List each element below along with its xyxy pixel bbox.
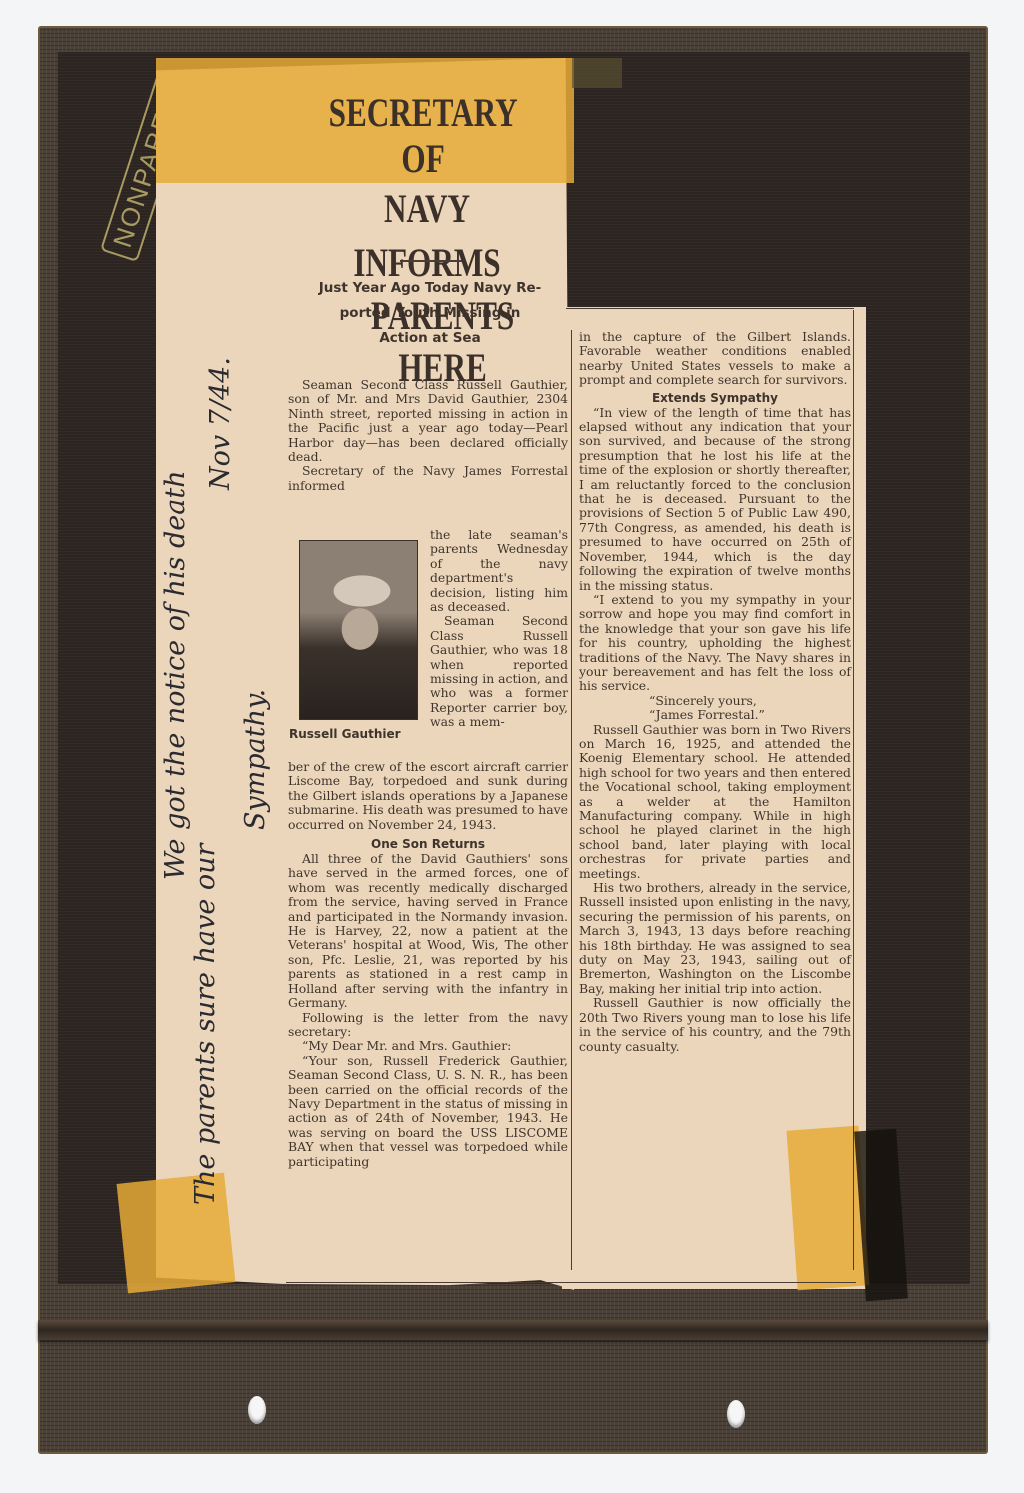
paragraph-condolence: “I extend to you my sympathy in your sor… [579,593,851,694]
handwritten-note-sympathy: The parents sure have our [190,844,221,1205]
paragraph-lead: Seaman Second Class Russell Gauthier, so… [288,378,568,464]
portrait-photo [299,540,418,720]
paragraph-gilbert-capture: in the capture of the Gilbert Islands. F… [579,330,851,388]
paragraph-biography: Russell Gauthier was born in Two Rivers … [579,723,851,881]
deck-subheadline: Just Year Ago Today Navy Re- ported Yout… [290,276,570,351]
photo-caption: Russell Gauthier [289,727,401,741]
subhead-one-son-returns: One Son Returns [288,836,568,852]
paragraph-letter-body-1: “Your son, Russell Frederick Gauthier, S… [288,1054,568,1169]
paragraph-secretary: Secretary of the Navy James Forrestal in… [288,464,568,493]
handwritten-note-death-notice: We got the notice of his death [160,470,191,880]
paragraph-wrap-2: Seaman Second Class Russell Gauthier, wh… [430,614,568,729]
binder-hole-right [727,1400,745,1428]
headline-rule [400,260,462,262]
bottom-rule [286,1282,856,1283]
letter-signature: “James Forrestal.” [579,708,851,722]
paragraph-letter-intro: Following is the letter from the navy se… [288,1011,568,1040]
deck-line-3: Action at Sea [290,326,570,351]
subhead-extends-sympathy: Extends Sympathy [579,390,851,406]
paragraph-three-sons: All three of the David Gauthiers' sons h… [288,852,568,1010]
handwritten-note-1-line-2: Nov 7/44. [205,357,236,490]
column-1-lower: ber of the crew of the escort aircraft c… [288,760,568,1169]
deck-line-1: Just Year Ago Today Navy Re- [290,276,570,301]
paragraph-wrap-1: the late seaman's parents Wednesday of t… [430,528,568,614]
paragraph-casualty-count: Russell Gauthier is now officially the 2… [579,996,851,1054]
column-2: in the capture of the Gilbert Islands. F… [579,330,851,1054]
handwritten-note-1-line-1: We got the notice of his death [160,470,191,880]
paragraph-enlistment: His two brothers, already in the service… [579,881,851,996]
column-2-right-rule [853,310,854,1270]
column-1-top: Seaman Second Class Russell Gauthier, so… [288,378,568,493]
handwritten-note-sympathy-end: Sympathy. [240,689,271,830]
paragraph-letter-salutation: “My Dear Mr. and Mrs. Gauthier: [288,1039,568,1053]
column-divider [571,330,572,1270]
handwritten-note-2-line-2: Sympathy. [240,689,271,830]
deck-line-2: ported Youth Missing in [290,301,570,326]
paragraph-liscome-bay: ber of the crew of the escort aircraft c… [288,760,568,832]
headline-line-2: NAVY INFORMS [314,182,540,290]
column-2-top-rule [566,308,854,309]
binder-hinge [38,1320,988,1340]
handwritten-note-2-line-1: The parents sure have our [190,844,221,1205]
column-1-photo-wrap: the late seaman's parents Wednesday of t… [430,528,568,730]
handwritten-note-date: Nov 7/44. [205,357,236,490]
headline-line-1: SECRETARY OF [306,90,540,182]
binder-hole-left [248,1396,266,1424]
paragraph-presumption: “In view of the length of time that has … [579,406,851,593]
tape-top-right-edge [572,58,622,88]
letter-closing: “Sincerely yours, [579,694,851,708]
